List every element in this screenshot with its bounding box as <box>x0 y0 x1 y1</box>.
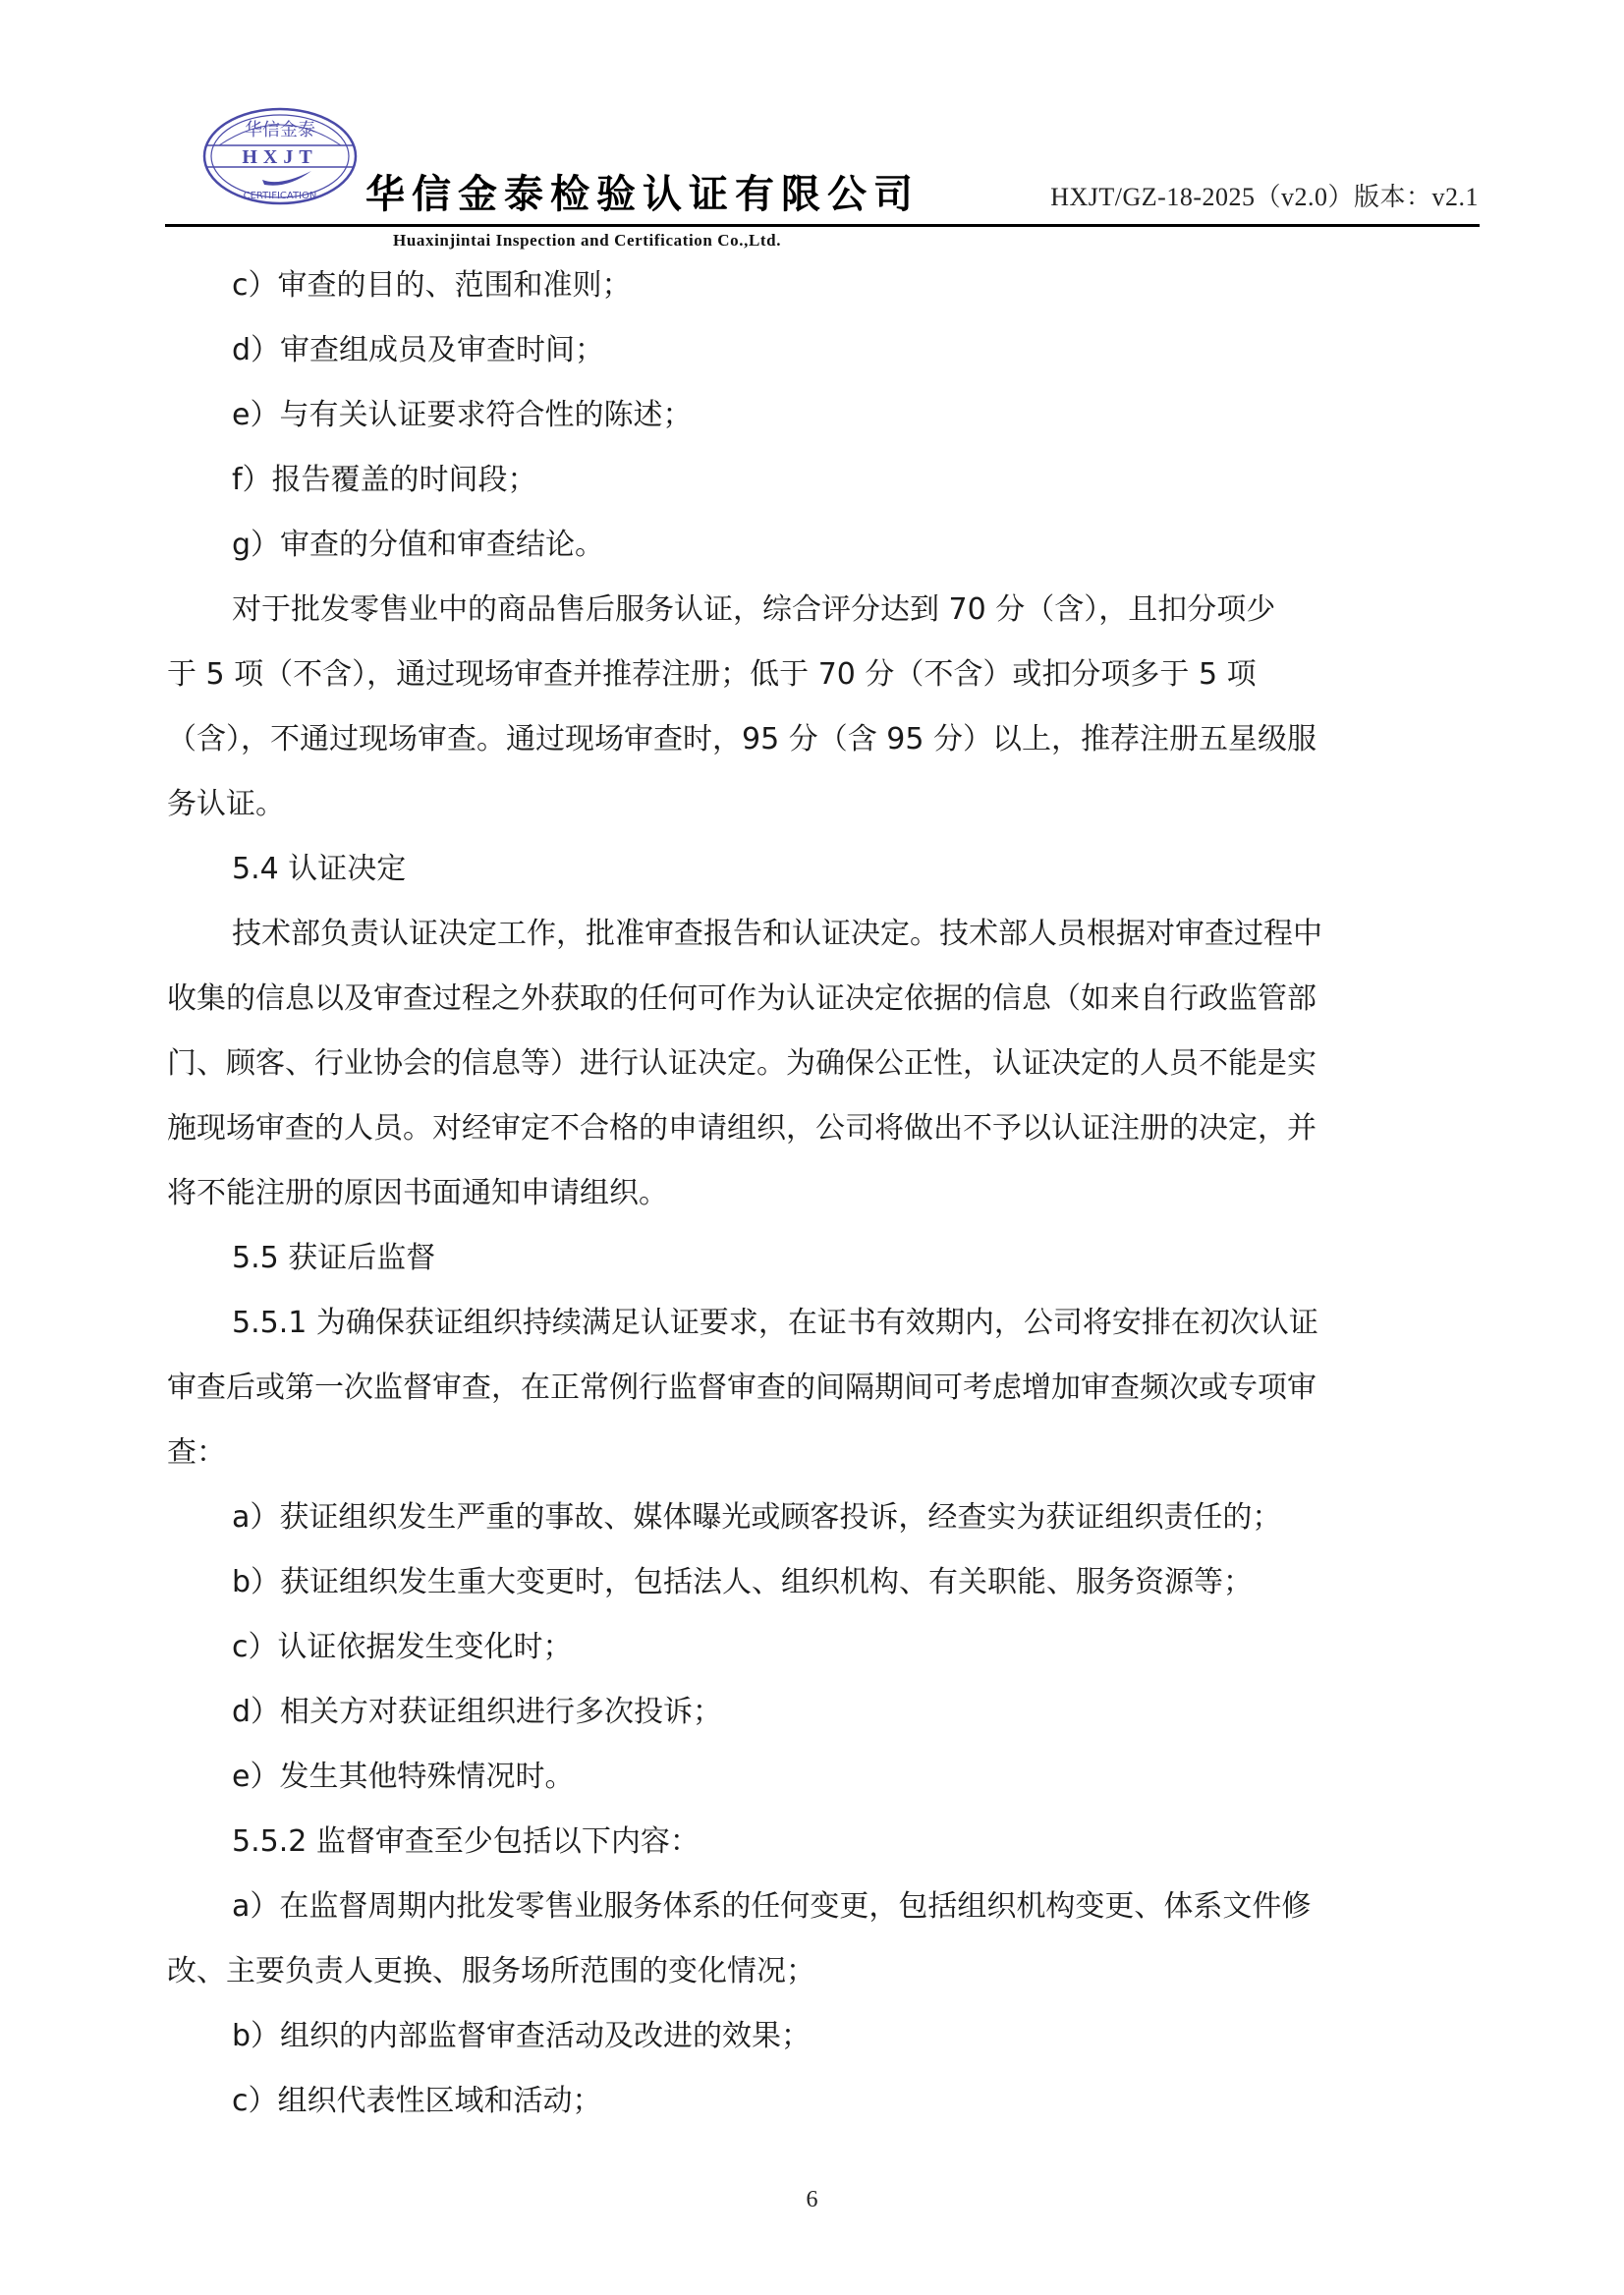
company-logo: 华信金泰 HXJT CERTIFICATION <box>201 106 359 206</box>
subsection-5-5-1: 5.5.1 为确保获证组织持续满足认证要求，在证书有效期内，公司将安排在初次认证… <box>167 1291 1479 1810</box>
paragraph-line: 将不能注册的原因书面通知申请组织。 <box>167 1161 1479 1226</box>
list-item: a）获证组织发生严重的事故、媒体曝光或顾客投诉，经查实为获证组织责任的； <box>167 1485 1479 1550</box>
scoring-paragraph: 对于批发零售业中的商品售后服务认证，综合评分达到 70 分（含），且扣分项少 于… <box>167 578 1479 837</box>
section-5-4: 5.4 认证决定 技术部负责认证决定工作，批准审查报告和认证决定。技术部人员根据… <box>167 837 1479 1226</box>
paragraph-line: 5.5.1 为确保获证组织持续满足认证要求，在证书有效期内，公司将安排在初次认证 <box>167 1291 1479 1356</box>
page-number: 6 <box>0 2187 1624 2213</box>
subsection-5-5-2: 5.5.2 监督审查至少包括以下内容： a）在监督周期内批发零售业服务体系的任何… <box>167 1810 1479 2134</box>
list-item: g）审查的分值和审查结论。 <box>167 513 1479 578</box>
list-item: c）组织代表性区域和活动； <box>167 2069 1479 2134</box>
svg-text:华信金泰: 华信金泰 <box>245 120 315 140</box>
list-item: f）报告覆盖的时间段； <box>167 448 1479 513</box>
paragraph-line: 技术部负责认证决定工作，批准审查报告和认证决定。技术部人员根据对审查过程中 <box>167 902 1479 967</box>
section-heading: 5.4 认证决定 <box>167 837 1479 902</box>
paragraph-line: 务认证。 <box>167 772 1479 837</box>
section-heading: 5.5 获证后监督 <box>167 1226 1479 1291</box>
section-5-5: 5.5 获证后监督 5.5.1 为确保获证组织持续满足认证要求，在证书有效期内，… <box>167 1226 1479 2134</box>
paragraph-line: 于 5 项（不含），通过现场审查并推荐注册；低于 70 分（不含）或扣分项多于 … <box>167 643 1479 707</box>
subsection-heading: 5.5.2 监督审查至少包括以下内容： <box>167 1810 1479 1875</box>
company-name-cn: 华信金泰检验认证有限公司 <box>365 171 920 218</box>
hxjt-logo-icon: 华信金泰 HXJT CERTIFICATION <box>201 106 359 206</box>
report-contents-list: c）审查的目的、范围和准则； d）审查组成员及审查时间； e）与有关认证要求符合… <box>167 253 1479 578</box>
document-body: c）审查的目的、范围和准则； d）审查组成员及审查时间； e）与有关认证要求符合… <box>167 253 1479 2134</box>
list-item: d）审查组成员及审查时间； <box>167 318 1479 383</box>
document-page: 华信金泰 HXJT CERTIFICATION 华信金泰检验认证有限公司 HXJ… <box>0 0 1624 2295</box>
list-item-continuation: 改、主要负责人更换、服务场所范围的变化情况； <box>167 1939 1479 2004</box>
paragraph-line: 审查后或第一次监督审查，在正常例行监督审查的间隔期间可考虑增加审查频次或专项审 <box>167 1356 1479 1421</box>
svg-text:HXJT: HXJT <box>242 146 317 168</box>
list-item: a）在监督周期内批发零售业服务体系的任何变更，包括组织机构变更、体系文件修 <box>167 1875 1479 1939</box>
list-item: c）认证依据发生变化时； <box>167 1615 1479 1680</box>
paragraph-line: 门、顾客、行业协会的信息等）进行认证决定。为确保公正性，认证决定的人员不能是实 <box>167 1032 1479 1096</box>
list-item: c）审查的目的、范围和准则； <box>167 253 1479 318</box>
paragraph-line: 对于批发零售业中的商品售后服务认证，综合评分达到 70 分（含），且扣分项少 <box>167 578 1479 643</box>
paragraph-line: 收集的信息以及审查过程之外获取的任何可作为认证决定依据的信息（如来自行政监管部 <box>167 967 1479 1032</box>
list-item: e）与有关认证要求符合性的陈述； <box>167 383 1479 448</box>
paragraph-line: （含），不通过现场审查。通过现场审查时，95 分（含 95 分）以上，推荐注册五… <box>167 707 1479 772</box>
list-item: b）组织的内部监督审查活动及改进的效果； <box>167 2004 1479 2069</box>
document-code: HXJT/GZ-18-2025（v2.0）版本：v2.1 <box>1050 181 1479 214</box>
company-name-en: Huaxinjintai Inspection and Certificatio… <box>393 230 781 252</box>
svg-text:CERTIFICATION: CERTIFICATION <box>244 191 317 201</box>
paragraph-line: 施现场审查的人员。对经审定不合格的申请组织，公司将做出不予以认证注册的决定，并 <box>167 1096 1479 1161</box>
list-item: b）获证组织发生重大变更时，包括法人、组织机构、有关职能、服务资源等； <box>167 1550 1479 1615</box>
list-item: e）发生其他特殊情况时。 <box>167 1745 1479 1810</box>
list-item: d）相关方对获证组织进行多次投诉； <box>167 1680 1479 1745</box>
paragraph-line: 查： <box>167 1421 1479 1485</box>
header-divider <box>165 224 1480 227</box>
